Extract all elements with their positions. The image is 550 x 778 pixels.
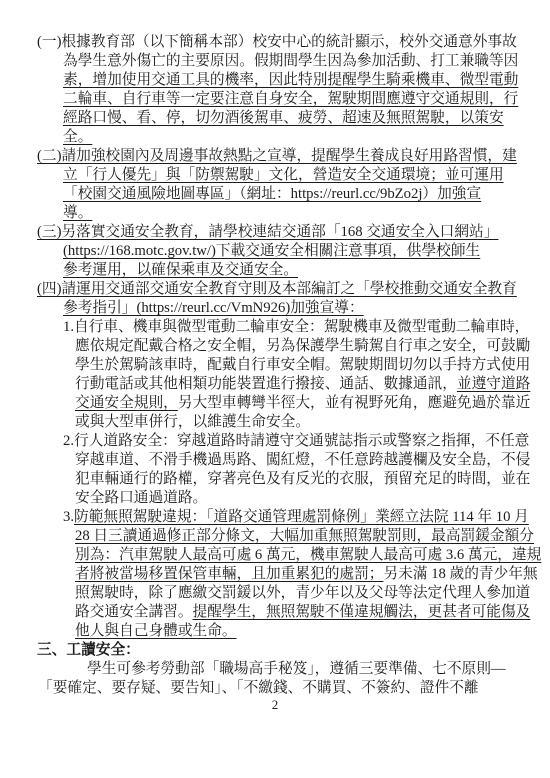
- underlined-text-segment: 經路口慢、看、停，切勿酒後駕車、疲勞、超速及無照駕駛，以策安: [63, 110, 504, 126]
- underlined-text-segment: 28 日三讀通過修正部分條文，大幅加重無照駕駛罰則，最高罰鍰金額分: [75, 528, 534, 544]
- text-line: 他人與自己身體或生命。: [75, 622, 520, 641]
- underlined-text-segment: 別為：汽車駕駛人最高可處 6 萬元，機車駕駛人最高可處 3.6 萬元，違規: [75, 547, 541, 563]
- text-line: 三、工讀安全：: [37, 641, 520, 660]
- text-line: (三)另落實交通安全教育，請學校連結交通部「168 交通安全入口網站」: [37, 223, 520, 242]
- underlined-text-segment: 導。: [63, 205, 92, 221]
- text-segment: 為學生意外傷亡的主要原因。假期間學生因為參加活動、打工兼職等因: [63, 53, 518, 69]
- text-line: 2.行人道路安全：穿越道路時請遵守交通號誌指示或警察之指揮，不任意: [63, 432, 520, 451]
- text-line: 學生於駕騎該車時，配戴自行車安全帽。駕駛期間切勿以手持方式使用: [75, 356, 520, 375]
- document-body: (一)根據教育部（以下簡稱本部）校安中心的統計顯示，校外交通意外事故為學生意外傷…: [37, 33, 520, 698]
- text-segment: 或與大型車併行，以維護生命安全。: [75, 414, 310, 430]
- underlined-text-segment: 他人與自己身體或生命。: [75, 623, 237, 639]
- underlined-text-segment: 二輪車、自行車等一定要注意自身安全，駕駛期間應遵守交通規則，行: [63, 91, 518, 107]
- document-page: (一)根據教育部（以下簡稱本部）校安中心的統計顯示，校外交通意外事故為學生意外傷…: [0, 0, 550, 778]
- text-line: 1.自行車、機車與微型電動二輪車安全：駕駛機車及微型電動二輪車時，: [63, 318, 520, 337]
- text-line: 參考運用，以確保乘車及交通安全。: [63, 261, 520, 280]
- text-line: 安全路口通過道路。: [75, 489, 520, 508]
- underlined-text-segment: (三)另落實交通安全教育，請學校連結交通部「168 交通安全入口網站」: [37, 224, 498, 240]
- text-line: 參考指引」(https://reurl.cc/VmN926)加強宣導：: [63, 299, 520, 318]
- text-segment: 另未滿 18 歲的青少年無: [383, 566, 537, 582]
- text-line: (四)請運用交通部交通安全教育守則及本部編訂之「學校推動交通安全教育: [37, 280, 520, 299]
- text-segment: 路交通安全講習。: [75, 604, 193, 620]
- page-number: 2: [0, 697, 550, 713]
- text-segment: 照駕駛時，除了應繳交罰鍰以外，青少年以及父母等法定代理人參加道: [75, 585, 530, 601]
- text-line: 3.防範無照駕駛違規：「道路交通管理處罰條例」業經立法院 114 年 10 月: [63, 508, 520, 527]
- text-line: (一)根據教育部（以下簡稱本部）校安中心的統計顯示，校外交通意外事故: [37, 33, 520, 52]
- text-line: 者將被當場移置保管車輛，且加重累犯的處罰；另未滿 18 歲的青少年無: [75, 565, 520, 584]
- text-segment: 三、工讀安全：: [37, 642, 140, 658]
- text-segment: 穿越車道、不滑手機過馬路、闖紅燈，不任意跨越護欄及安全島，不侵: [75, 452, 530, 468]
- underlined-text-segment: 「校園交通風險地圖專區」（網址：https://reurl.cc/9bZo2j）…: [63, 186, 481, 202]
- underlined-text-segment: 提醒學生，無照駕駛不僅違規觸法，更甚者可能傷及: [193, 604, 531, 620]
- text-line: 「要確定、要存疑、要告知」、「不繳錢、不購買、不簽約、證件不離: [38, 679, 520, 698]
- text-segment: 安全路口通過道路。: [75, 490, 207, 506]
- text-line: 28 日三讀通過修正部分條文，大幅加重無照駕駛罰則，最高罰鍰金額分: [75, 527, 520, 546]
- underlined-text-segment: 立「行人優先」與「防禦駕駛」文化，營造安全交通環境；並可運用: [63, 167, 504, 183]
- text-line: (https://168.motc.gov.tw/)下載交通安全相關注意事項，供…: [63, 242, 520, 261]
- text-segment: 學生可參考勞動部「職場高手秘笈」，遵循三要準備、七不原則—: [87, 661, 506, 677]
- underlined-text-segment: (二)請加強校園內及周邊事故熱點之宣導，提醒學生養成良好用路習慣，建: [37, 148, 517, 164]
- underlined-text-segment: (四)請運用交通部交通安全教育守則及本部編訂之「學校推動交通安全教育: [37, 281, 517, 297]
- text-line: 行動電話或其他相類功能裝置進行撥接、通話、數據通訊，並遵守道路: [75, 375, 520, 394]
- text-segment: 應依規定配戴合格之安全帽，另為保護學生騎駕自行車之安全，可鼓勵: [75, 338, 530, 354]
- text-line: 立「行人優先」與「防禦駕駛」文化，營造安全交通環境；並可運用: [63, 166, 520, 185]
- underlined-text-segment: 者將被當場移置保管車輛，且加重累犯的處罰；: [75, 566, 383, 582]
- text-segment: 「要確定、要存疑、要告知」、「不繳錢、不購買、不簽約、證件不離: [38, 680, 479, 696]
- text-line: 全。: [63, 128, 520, 147]
- underlined-text-segment: (https://168.motc.gov.tw/)下載交通安全相關注意事項，供…: [63, 243, 480, 259]
- text-segment: 犯車輛通行的路權，穿著亮色及有反光的衣服，預留充足的時間，並在: [75, 471, 530, 487]
- text-segment: (一)根據教育部（以下簡稱本部）校安中心的統計顯示，校外交通意外事故: [37, 34, 517, 50]
- text-line: 導。: [63, 204, 520, 223]
- underlined-text-segment: 參考指引」(https://reurl.cc/VmN926)加強宣導：: [63, 300, 364, 316]
- text-line: 犯車輛通行的路權，穿著亮色及有反光的衣服，預留充足的時間，並在: [75, 470, 520, 489]
- text-segment: 另大型車轉彎半徑大，並有視野死角，應避免過於靠近: [178, 395, 531, 411]
- underlined-text-segment: 參考運用，以確保乘車及交通安全。: [63, 262, 298, 278]
- text-line: 穿越車道、不滑手機過馬路、闖紅燈，不任意跨越護欄及安全島，不侵: [75, 451, 520, 470]
- text-line: 為學生意外傷亡的主要原因。假期間學生因為參加活動、打工兼職等因: [63, 52, 520, 71]
- underlined-text-segment: 並遵守道路: [457, 376, 530, 392]
- underlined-text-segment: 交通安全規則，: [75, 395, 178, 411]
- text-line: 經路口慢、看、停，切勿酒後駕車、疲勞、超速及無照駕駛，以策安: [63, 109, 520, 128]
- text-line: 交通安全規則，另大型車轉彎半徑大，並有視野死角，應避免過於靠近: [75, 394, 520, 413]
- text-segment: 1.自行車、機車與微型電動二輪車安全：駕駛機車及微型電動二輪車時，: [63, 319, 529, 335]
- text-segment: 2.行人道路安全：穿越道路時請遵守交通號誌指示或警察之指揮，不任意: [63, 433, 529, 449]
- text-line: 照駕駛時，除了應繳交罰鍰以外，青少年以及父母等法定代理人參加道: [75, 584, 520, 603]
- text-line: 素，增加使用交通工具的機率，因此特別提醒學生騎乘機車、微型電動: [63, 71, 520, 90]
- text-line: 「校園交通風險地圖專區」（網址：https://reurl.cc/9bZo2j）…: [63, 185, 520, 204]
- text-segment: 3.: [63, 509, 74, 525]
- text-segment: 學生於駕騎該車時，配戴自行車安全帽。駕駛期間切勿以手持方式使用: [75, 357, 530, 373]
- text-line: 學生可參考勞動部「職場高手秘笈」，遵循三要準備、七不原則—: [87, 660, 520, 679]
- underlined-text-segment: 防範無照駕駛違規：「道路交通管理處罰條例」業經立法院 114 年 10 月: [74, 509, 529, 525]
- text-line: 路交通安全講習。提醒學生，無照駕駛不僅違規觸法，更甚者可能傷及: [75, 603, 520, 622]
- text-line: (二)請加強校園內及周邊事故熱點之宣導，提醒學生養成良好用路習慣，建: [37, 147, 520, 166]
- text-segment: 行動電話或其他相類功能裝置進行撥接、通話、數據通訊，: [75, 376, 457, 392]
- underlined-text-segment: 全。: [63, 129, 92, 145]
- text-line: 別為：汽車駕駛人最高可處 6 萬元，機車駕駛人最高可處 3.6 萬元，違規: [75, 546, 520, 565]
- text-line: 應依規定配戴合格之安全帽，另為保護學生騎駕自行車之安全，可鼓勵: [75, 337, 520, 356]
- text-line: 二輪車、自行車等一定要注意自身安全，駕駛期間應遵守交通規則，行: [63, 90, 520, 109]
- underlined-text-segment: 素，增加使用交通工具的機率，因此特別提醒學生騎乘機車、微型電動: [63, 72, 518, 88]
- text-line: 或與大型車併行，以維護生命安全。: [75, 413, 520, 432]
